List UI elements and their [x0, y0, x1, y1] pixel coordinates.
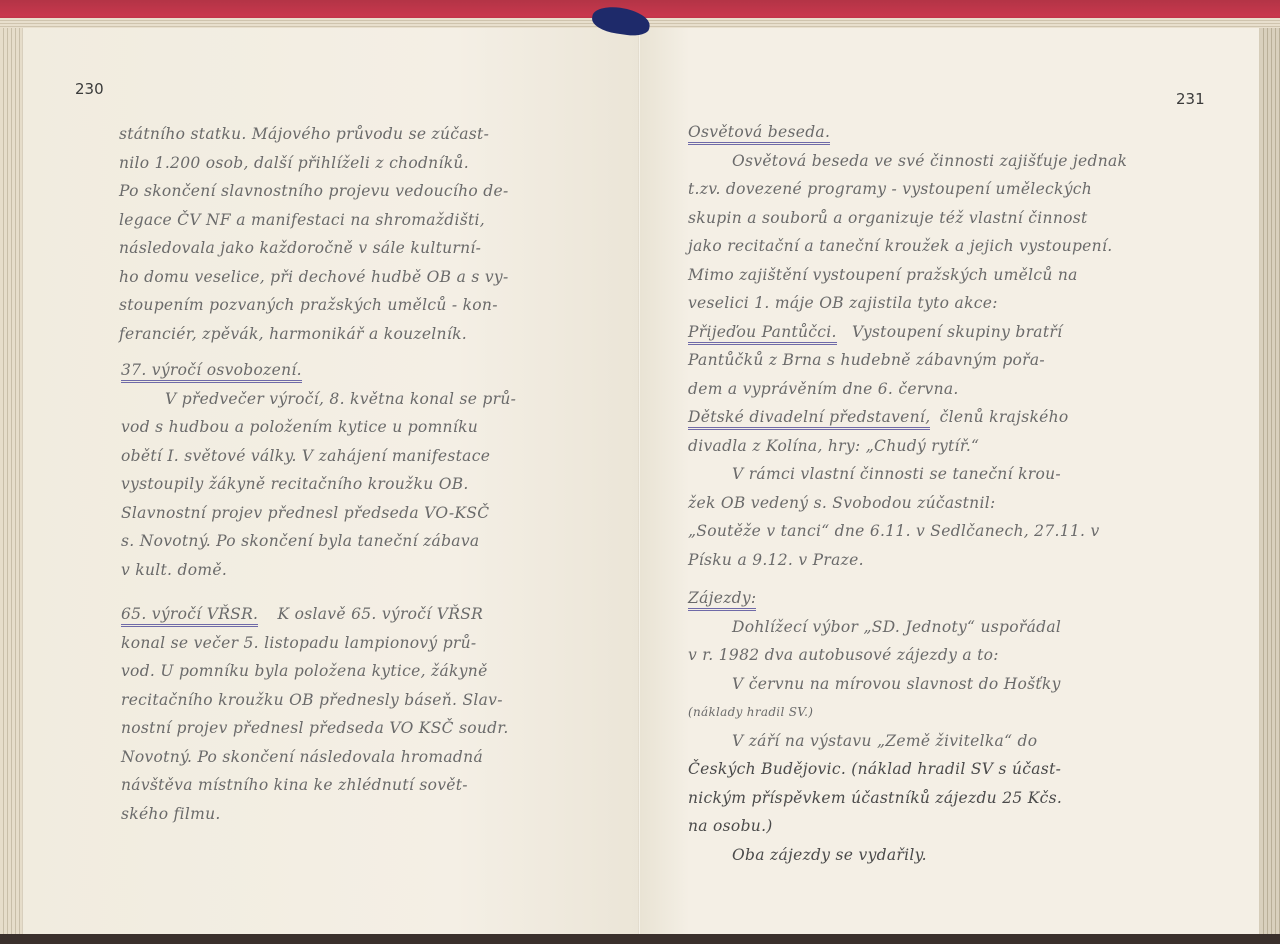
heading-continuation: členů krajského — [936, 408, 1069, 426]
text-line: Dohlížecí výbor „SD. Jednoty“ uspořádal — [688, 613, 1062, 642]
heading-continuation: Vystoupení skupiny bratří — [842, 323, 1062, 341]
text-line: ho domu veselice, při dechové hudbě OB a… — [119, 263, 509, 292]
text-line: jako recitační a taneční kroužek a jejic… — [688, 232, 1127, 261]
text-line: Po skončení slavnostního projevu vedoucí… — [119, 177, 509, 206]
text-line: Osvětová beseda ve své činnosti zajišťuj… — [688, 147, 1127, 176]
text-line: s. Novotný. Po skončení byla taneční záb… — [121, 527, 516, 556]
text-line: divadla z Kolína, hry: „Chudý rytíř.“ — [688, 432, 1127, 461]
section-trips: Zájezdy: Dohlížecí výbor „SD. Jednoty“ u… — [688, 584, 1062, 869]
text-line: V rámci vlastní činnosti se taneční krou… — [688, 460, 1127, 489]
text-line: žek OB vedený s. Svobodou zúčastnil: — [688, 489, 1127, 518]
text-line: V září na výstavu „Země živitelka“ do — [688, 727, 1062, 756]
section-heading: Zájezdy: — [688, 589, 756, 611]
right-page: 231 Osvětová beseda. Osvětová beseda ve … — [640, 28, 1260, 934]
text-line: ského filmu. — [121, 800, 509, 829]
text-line: skupin a souborů a organizuje též vlastn… — [688, 204, 1127, 233]
text-line: následovala jako každoročně v sále kultu… — [119, 234, 509, 263]
section-october-revolution-anniversary: 65. výročí VŘSR. K oslavě 65. výročí VŘS… — [121, 600, 509, 828]
section-heading: Přijeďou Pantůčci. — [688, 323, 837, 345]
heading-continuation: K oslavě 65. výročí VŘSR — [264, 605, 484, 623]
text-line: legace ČV NF a manifestaci na shromaždiš… — [119, 206, 509, 235]
text-line: recitačního kroužku OB přednesly báseň. … — [121, 686, 509, 715]
text-line: Mimo zajištění vystoupení pražských uměl… — [688, 261, 1127, 290]
page-number-left: 230 — [75, 80, 104, 98]
text-line: stoupením pozvaných pražských umělců - k… — [119, 291, 509, 320]
left-page-intro-text: státního statku. Májového průvodu se zúč… — [119, 120, 509, 348]
text-line: Písku a 9.12. v Praze. — [688, 546, 1127, 575]
text-line: „Soutěže v tanci“ dne 6.11. v Sedlčanech… — [688, 517, 1127, 546]
text-line: nickým příspěvkem účastníků zájezdu 25 K… — [688, 784, 1062, 813]
text-line: Českých Budějovic. (náklad hradil SV s ú… — [688, 755, 1062, 784]
page-edges-right — [1260, 28, 1280, 934]
text-line: návštěva místního kina ke zhlédnutí sově… — [121, 771, 509, 800]
text-line: nostní projev přednesl předseda VO KSČ s… — [121, 714, 509, 743]
text-line: v r. 1982 dva autobusové zájezdy a to: — [688, 641, 1062, 670]
section-heading: 37. výročí osvobození. — [121, 361, 302, 383]
text-line: státního statku. Májového průvodu se zúč… — [119, 120, 509, 149]
text-line: konal se večer 5. listopadu lampionový p… — [121, 629, 509, 658]
text-line: Slavnostní projev přednesl předseda VO-K… — [121, 499, 516, 528]
section-educational-society: Osvětová beseda. Osvětová beseda ve své … — [688, 118, 1127, 574]
text-line: Novotný. Po skončení následovala hromadn… — [121, 743, 509, 772]
text-line: V červnu na mírovou slavnost do Hošťky — [688, 670, 1062, 699]
page-number-right: 231 — [1176, 90, 1205, 108]
text-line: nilo 1.200 osob, další přihlíželi z chod… — [119, 149, 509, 178]
text-line: vod s hudbou a položením kytice u pomník… — [121, 413, 516, 442]
text-line: vystoupily žákyně recitačního kroužku OB… — [121, 470, 516, 499]
section-heading: 65. výročí VŘSR. — [121, 605, 258, 627]
section-liberation-anniversary: 37. výročí osvobození. V předvečer výroč… — [121, 356, 516, 584]
text-line: Oba zájezdy se vydařily. — [688, 841, 1062, 870]
text-line: t.zv. dovezené programy - vystoupení umě… — [688, 175, 1127, 204]
text-line: feranciér, zpěvák, harmonikář a kouzelní… — [119, 320, 509, 349]
section-heading: Dětské divadelní představení, — [688, 408, 930, 430]
text-line: Pantůčků z Brna s hudebně zábavným pořa- — [688, 346, 1127, 375]
page-edges-left — [0, 28, 22, 934]
text-line: dem a vyprávěním dne 6. června. — [688, 375, 1127, 404]
text-line: obětí I. světové války. V zahájení manif… — [121, 442, 516, 471]
text-line: V předvečer výročí, 8. května konal se p… — [121, 385, 516, 414]
text-line: (náklady hradil SV.) — [688, 698, 1062, 727]
section-heading: Osvětová beseda. — [688, 123, 830, 145]
text-line: na osobu.) — [688, 812, 1062, 841]
text-line: veselici 1. máje OB zajistila tyto akce: — [688, 289, 1127, 318]
text-line: vod. U pomníku byla položena kytice, žák… — [121, 657, 509, 686]
left-page: 230 státního statku. Májového průvodu se… — [22, 28, 640, 934]
text-line: v kult. domě. — [121, 556, 516, 585]
